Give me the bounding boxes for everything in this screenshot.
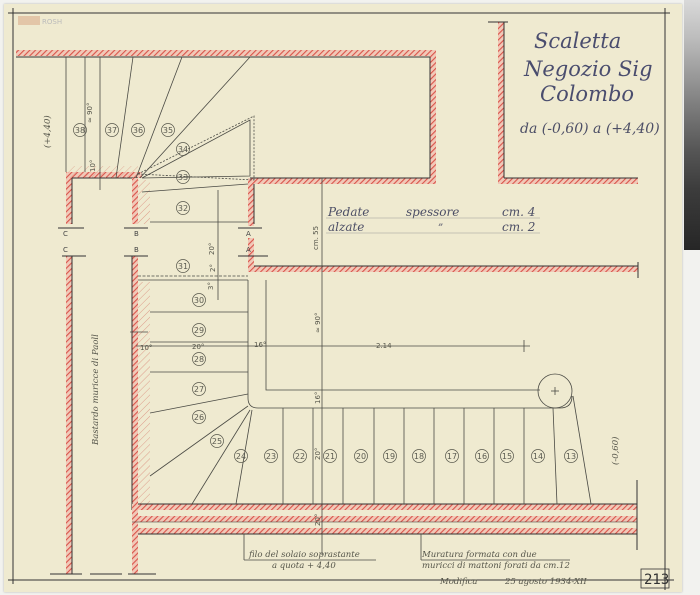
tread-value: cm. 4 [502, 205, 535, 219]
note-left-vertical: Bastardo muricce di Paoll [91, 334, 101, 446]
note-slab-line: filo del solaio soprastante [248, 550, 360, 560]
section-marker-a-upper: A [246, 230, 251, 238]
section-marker-c-lower: C [63, 246, 68, 254]
step-34: 34 [178, 145, 188, 154]
dim-depth-55: cm. 55 [312, 226, 320, 250]
note-slab-level: a quota + 4,40 [272, 561, 336, 571]
stamp-box [18, 16, 40, 25]
dim-run-length: 2.14 [376, 342, 392, 350]
step-37: 37 [107, 126, 117, 135]
riser-label: alzate [328, 220, 364, 234]
step-16: 16 [477, 452, 487, 461]
step-20: 20 [356, 452, 366, 461]
step-28: 28 [194, 355, 204, 364]
step-21: 21 [325, 452, 335, 461]
level-range: da (-0,60) a (+4,40) [520, 121, 660, 137]
dim-riser-3: 3° [207, 282, 215, 290]
step-19: 19 [385, 452, 395, 461]
step-25: 25 [212, 437, 222, 446]
note-wall-line2: muricci di mattoni forati da cm.12 [422, 561, 570, 571]
dim-lower-flight-width: ≈ 90° [314, 313, 322, 334]
step-14: 14 [533, 452, 543, 461]
step-15: 15 [502, 452, 512, 461]
tread-label: Pedate [327, 205, 369, 219]
step-26: 26 [194, 413, 204, 422]
step-38: 38 [75, 126, 85, 135]
step-27: 27 [194, 385, 204, 394]
bottom-notes: filo del solaio soprastante a quota + 4,… [248, 550, 587, 587]
section-marker-b-lower: B [134, 246, 139, 254]
dim-landing-gap: 10° [89, 160, 97, 172]
section-marker-c-upper: C [63, 230, 68, 238]
stair-plan-drawing: C C B B A A [0, 0, 700, 595]
step-30: 30 [194, 296, 204, 305]
level-top: (+4,40) [42, 115, 53, 148]
level-bottom: (-0,60) [610, 437, 621, 465]
section-marker-b-upper: B [134, 230, 139, 238]
note-revision-label: Modifica [439, 577, 477, 587]
sheet-number: 213 [644, 572, 669, 588]
note-wall-line1: Muratura formata con due [421, 550, 537, 560]
step-31: 31 [178, 262, 188, 271]
step-36: 36 [133, 126, 143, 135]
title-line-3: Colombo [540, 82, 634, 106]
note-revision-date: 25 agosto 1934-XII [504, 577, 587, 587]
riser-value: cm. 2 [502, 220, 535, 234]
title-block: Scaletta Negozio Sig Colombo da (-0,60) … [520, 29, 660, 137]
step-18: 18 [414, 452, 424, 461]
drawing-sheet: C C B B A A [0, 0, 700, 595]
step-29: 29 [194, 326, 204, 335]
dim-rail-16: 16° [314, 392, 322, 404]
step-24: 24 [236, 452, 246, 461]
dim-side-16: 16° [254, 341, 266, 349]
title-line-1: Scaletta [534, 29, 621, 53]
dim-wall-20: 20° [314, 514, 322, 526]
step-32: 32 [178, 204, 188, 213]
dim-mid-20: 20° [192, 343, 204, 351]
step-23: 23 [266, 452, 276, 461]
title-line-2: Negozio Sig [523, 57, 653, 81]
step-22: 22 [295, 452, 305, 461]
dim-riser-20-upper: 20° [208, 243, 216, 255]
dim-tread-20: 20° [314, 448, 322, 460]
section-marker-a-lower: A [246, 246, 251, 254]
step-13: 13 [566, 452, 576, 461]
stamp-text: ROSH [42, 18, 62, 26]
dim-small-2: 2° [209, 264, 217, 272]
riser-ditto: ” [438, 223, 443, 234]
step-33: 33 [178, 173, 188, 182]
spec-notes: Pedate spessore cm. 4 alzate ” cm. 2 [326, 205, 540, 234]
step-17: 17 [447, 452, 457, 461]
dim-upper-flight-width: ≈ 90° [86, 103, 94, 124]
tread-property: spessore [406, 205, 459, 219]
dim-side-10: 10° [140, 344, 152, 352]
step-35: 35 [163, 126, 173, 135]
